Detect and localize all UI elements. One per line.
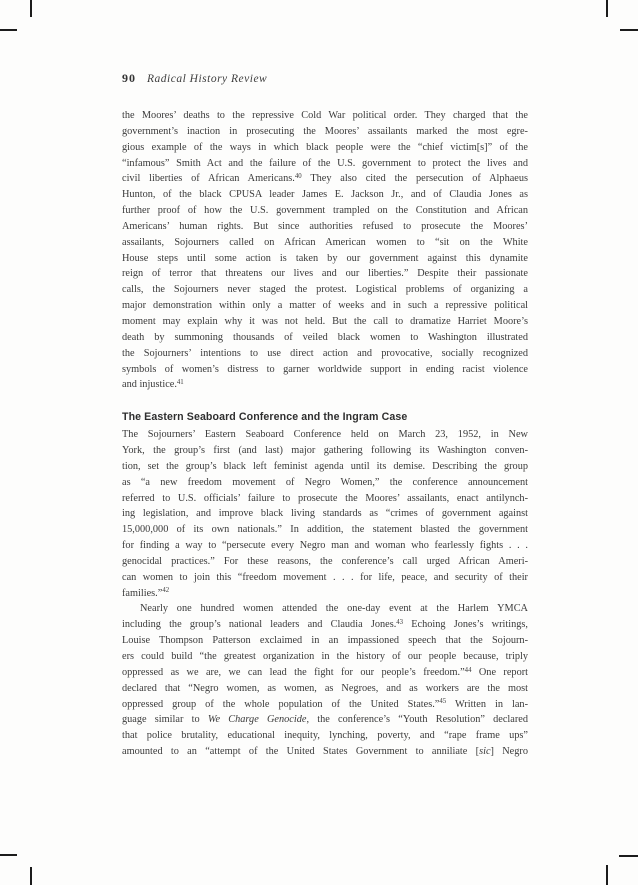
text-line: civil liberties of African Americans.40 … xyxy=(122,171,528,187)
text-line: House steps until some action is taken b… xyxy=(122,251,528,267)
text-line: Hunton, of the black CPUSA leader James … xyxy=(122,187,528,203)
page-text: the Moores’ deaths to the repressive Col… xyxy=(122,108,528,760)
text-line: government’s inaction in prosecuting the… xyxy=(122,124,528,140)
crop-mark-top-left-horizontal xyxy=(0,29,17,31)
text-line: gious example of the ways in which black… xyxy=(122,140,528,156)
paragraph-3: Nearly one hundred women attended the on… xyxy=(122,601,528,759)
crop-mark-bottom-right-vertical xyxy=(606,865,608,885)
text-line: including the group’s national leaders a… xyxy=(122,617,528,633)
text-line: major demonstration within only a matter… xyxy=(122,298,528,314)
text-line: 15,000,000 of its own nationals.” In add… xyxy=(122,522,528,538)
text-line: as “a new freedom movement of Negro Wome… xyxy=(122,475,528,491)
book-page: 90Radical History Review the Moores’ dea… xyxy=(0,0,638,885)
text-line: Nearly one hundred women attended the on… xyxy=(122,601,528,617)
text-line: for finding a way to “persecute every Ne… xyxy=(122,538,528,554)
paragraph-2: The Sojourners’ Eastern Seaboard Confere… xyxy=(122,427,528,601)
text-line: that police brutality, educational inequ… xyxy=(122,728,528,744)
text-line: death by summoning thousands of veiled b… xyxy=(122,330,528,346)
text-line: declared that “Negro women, as women, as… xyxy=(122,681,528,697)
page-number: 90 xyxy=(122,71,136,85)
text-line: Americans’ human rights. But since autho… xyxy=(122,219,528,235)
text-line: ing legislation, and improve black livin… xyxy=(122,506,528,522)
text-line: oppressed as we are, we can lead the fig… xyxy=(122,665,528,681)
running-header: 90Radical History Review xyxy=(122,69,267,87)
crop-mark-bottom-left-horizontal xyxy=(0,854,17,856)
text-line: amounted to an “attempt of the United St… xyxy=(122,744,528,760)
section-heading: The Eastern Seaboard Conference and the … xyxy=(122,409,528,425)
text-line: and injustice.41 xyxy=(122,377,528,393)
crop-mark-bottom-right-horizontal xyxy=(619,855,638,857)
crop-mark-bottom-left-vertical xyxy=(30,867,32,885)
text-line: The Sojourners’ Eastern Seaboard Confere… xyxy=(122,427,528,443)
text-line: genocidal practices.” For these reasons,… xyxy=(122,554,528,570)
crop-mark-top-left-vertical xyxy=(30,0,32,17)
journal-title: Radical History Review xyxy=(147,73,267,85)
text-line: guage similar to We Charge Genocide, the… xyxy=(122,712,528,728)
text-line: tion, set the group’s black left feminis… xyxy=(122,459,528,475)
text-line: assailants, Sojourners called on African… xyxy=(122,235,528,251)
text-line: families.”42 xyxy=(122,586,528,602)
crop-mark-top-right-horizontal xyxy=(620,29,638,31)
text-line: “infamous” Smith Act and the failure of … xyxy=(122,156,528,172)
text-line: referred to U.S. officials’ failure to p… xyxy=(122,491,528,507)
text-line: Louise Thompson Patterson exclaimed in a… xyxy=(122,633,528,649)
text-line: the Moores’ deaths to the repressive Col… xyxy=(122,108,528,124)
text-line: calls, the Sojourners never staged the p… xyxy=(122,282,528,298)
crop-mark-top-right-vertical xyxy=(606,0,608,17)
text-line: further proof of how the U.S. government… xyxy=(122,203,528,219)
text-line: moment may explain why it was not held. … xyxy=(122,314,528,330)
text-line: reign of terror that threatens our lives… xyxy=(122,266,528,282)
paragraph-1: the Moores’ deaths to the repressive Col… xyxy=(122,108,528,393)
text-line: oppressed group of the whole population … xyxy=(122,697,528,713)
text-line: York, the group’s first (and last) major… xyxy=(122,443,528,459)
text-line: the Sojourners’ intentions to use direct… xyxy=(122,346,528,362)
text-line: symbols of women’s distress to garner wo… xyxy=(122,362,528,378)
text-line: can women to join this “freedom movement… xyxy=(122,570,528,586)
text-line: ers could build “the greatest organizati… xyxy=(122,649,528,665)
